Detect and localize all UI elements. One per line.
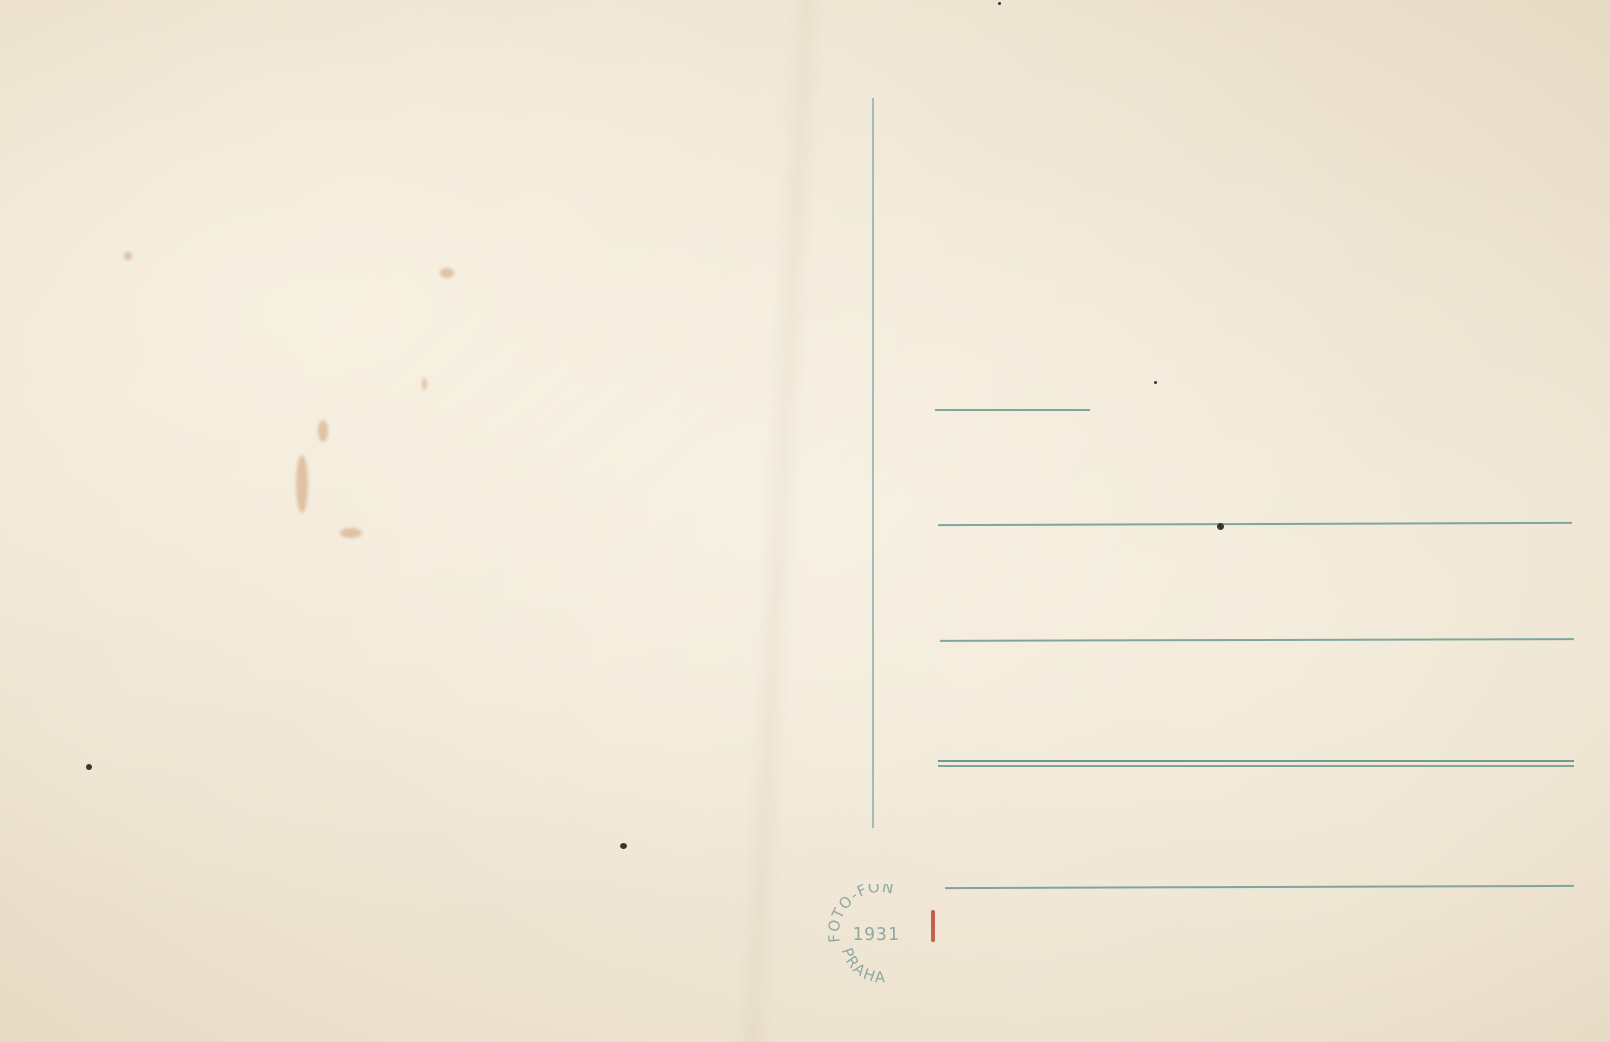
address-line-1	[935, 409, 1090, 411]
foxing-stain	[340, 528, 362, 538]
ink-speck	[86, 764, 92, 770]
foxing-stain	[440, 268, 454, 278]
red-ink-mark	[931, 910, 935, 942]
foxing-stain	[318, 420, 328, 442]
ink-speck	[1217, 523, 1224, 530]
paper-crease	[733, 0, 828, 1042]
address-line-5	[945, 885, 1574, 889]
vertical-divider-line	[872, 98, 874, 828]
address-line-4	[938, 760, 1574, 767]
postcard-back: FOTO-FON PRAHA 1931	[0, 0, 1610, 1042]
stamp-bottom-text: PRAHA	[838, 945, 887, 986]
address-line-3	[940, 638, 1574, 642]
svg-text:PRAHA: PRAHA	[838, 945, 887, 986]
address-line-2	[938, 522, 1572, 526]
foxing-stain	[422, 378, 427, 390]
ink-speck	[998, 2, 1001, 5]
photographer-stamp: FOTO-FON PRAHA 1931	[826, 884, 936, 994]
foxing-stain	[296, 455, 308, 513]
foxing-stain	[124, 252, 132, 260]
stamp-year: 1931	[826, 924, 926, 945]
ink-speck	[620, 843, 627, 849]
ink-speck	[1154, 381, 1157, 384]
